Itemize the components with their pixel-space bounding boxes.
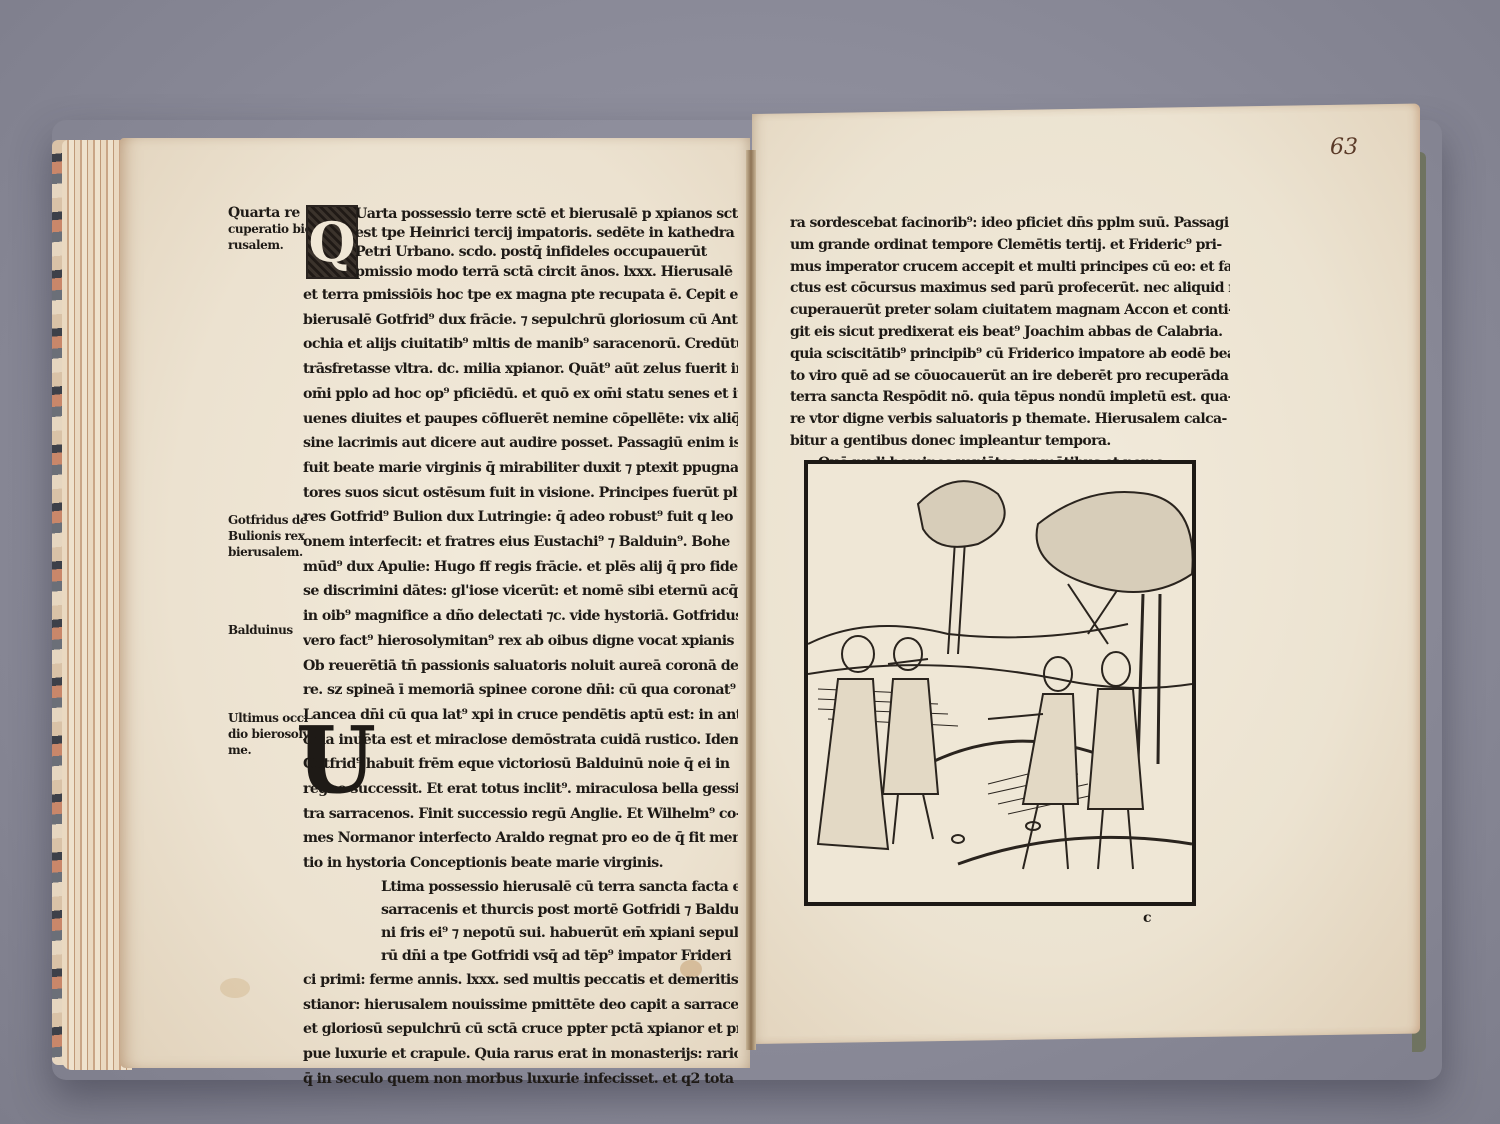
margin-note-3: Balduinus <box>228 622 293 638</box>
text-line: pmissio modo terrā sctā circit ānos. lxx… <box>303 262 738 283</box>
text-line: trāsfretasse vltra. dc. milia xpianor. Q… <box>303 357 738 382</box>
text-line: q̄ in seculo quem non morbus luxurie inf… <box>303 1067 738 1092</box>
text-line: bitur a gentibus donec impleantur tempor… <box>790 431 1230 453</box>
text-line: mus imperator crucem accepit et multi pr… <box>790 257 1230 279</box>
text-line: tores suos sicut ostēsum fuit in visione… <box>303 481 738 506</box>
text-line: onem interfecit: et fratres eius Eustach… <box>303 530 738 555</box>
text-line: om̄i pplo ad hoc op⁹ pficiēdū. et quō ex… <box>303 382 738 407</box>
text-line: res Gotfrid⁹ Bulion dux Lutringie: q̄ ad… <box>303 505 738 530</box>
text-line: vero fact⁹ hierosolymitan⁹ rex ab oibus … <box>303 629 738 654</box>
margin-note-line: bierusalem. <box>228 544 307 560</box>
text-line: pue luxurie et crapule. Quia rarus erat … <box>303 1042 738 1067</box>
text-line: et terra pmissiōis hoc tpe ex magna pte … <box>303 283 738 308</box>
left-page-body: Uarta possessio terre sctē et bierusalē … <box>303 205 738 1091</box>
text-line: tio in hystoria Conceptionis beate marie… <box>303 851 738 876</box>
text-line: re vtor digne verbis saluatoris p themat… <box>790 409 1230 431</box>
text-line: fuit beate marie virginis q̄ mirabiliter… <box>303 456 738 481</box>
text-line: est tpe Heinrici tercij impatoris. sedēt… <box>303 224 738 243</box>
text-line: ra sordescebat facinorib⁹: ideo pficiet … <box>790 213 1230 235</box>
margin-note-2: Gotfridus de Bulionis rex bierusalem. <box>228 512 307 560</box>
text-line: mūd⁹ dux Apulie: Hugo ff regis frācie. e… <box>303 555 738 580</box>
text-line: Uarta possessio terre sctē et bierusalē … <box>303 205 738 224</box>
margin-note-line: Gotfridus de <box>228 512 307 528</box>
text-line: Ob reuerētiā tn̄ passionis saluatoris no… <box>303 654 738 679</box>
right-page-body: ra sordescebat facinorib⁹: ideo pficiet … <box>790 213 1230 496</box>
woodcut-scene-icon <box>808 464 1192 902</box>
margin-note-line: cuperatio bie <box>228 221 312 237</box>
margin-note-line: rusalem. <box>228 237 312 253</box>
text-line: ctus est cōcursus maximus sed parū profe… <box>790 278 1230 300</box>
text-line: Ltima possessio hierusalē cū terra sanct… <box>303 876 738 899</box>
woodcut-illustration <box>804 460 1196 906</box>
margin-note-line: Bulionis rex <box>228 528 307 544</box>
text-line: sine lacrimis aut dicere aut audire poss… <box>303 431 738 456</box>
text-line: et gloriosū sepulchrū cū sctā cruce ppte… <box>303 1017 738 1042</box>
text-line: git eis sicut predixerat eis beat⁹ Joach… <box>790 322 1230 344</box>
margin-note-1: Quarta re cuperatio bie rusalem. <box>228 205 312 253</box>
text-line: mes Normanor interfecto Araldo regnat pr… <box>303 826 738 851</box>
text-line: Lancea dn̄i cū qua lat⁹ xpi in cruce pen… <box>303 703 738 728</box>
text-line: um grande ordinat tempore Clemētis terti… <box>790 235 1230 257</box>
text-line: se discrimini dātes: gl'iose vicerūt: et… <box>303 579 738 604</box>
text-line: uenes diuites et paupes cōfluerēt nemine… <box>303 407 738 432</box>
text-line: sarracenis et thurcis post mortē Gotfrid… <box>303 899 738 922</box>
margin-note-line: Balduinus <box>228 622 293 638</box>
text-line: ni fris ei⁹ ⁊ nepotū sui. habuerūt em̄ x… <box>303 922 738 945</box>
text-line: to viro quē ad se cōuocauerūt an ire deb… <box>790 366 1230 388</box>
text-line: bierusalē Gotfrid⁹ dux frācie. ⁊ sepulch… <box>303 308 738 333</box>
text-line: in oib⁹ magnifice a dño delectati ⁊c. vi… <box>303 604 738 629</box>
margin-note-line: Quarta re <box>228 205 312 221</box>
signature-mark: c <box>1143 910 1152 926</box>
text-line: tra sarracenos. Finit successio regū Ang… <box>303 802 738 827</box>
text-line: chia inuēta est et miraclose demōstrata … <box>303 728 738 753</box>
text-line: Gotfrid⁹ habuit frēm eque victoriosū Bal… <box>303 752 738 777</box>
text-line: regno successit. Et erat totus inclit⁹. … <box>303 777 738 802</box>
text-line: rū dn̄i a tpe Gotfridi vsq̄ ad tēp⁹ impa… <box>303 945 738 968</box>
foxing-stain <box>220 978 250 998</box>
book-gutter <box>746 150 756 1050</box>
text-line: stianor: hierusalem nouissime pmittēte d… <box>303 993 738 1018</box>
text-line: quia sciscitātib⁹ principib⁹ cū Frideric… <box>790 344 1230 366</box>
text-line: re. sz spineā ī memoriā spinee corone dn… <box>303 678 738 703</box>
text-line: terra sancta Respōdit nō. quia tēpus non… <box>790 387 1230 409</box>
folio-number: 63 <box>1330 135 1358 160</box>
text-line: ochia et alijs ciuitatib⁹ mltis de manib… <box>303 332 738 357</box>
text-line: Petri Urbano. scdo. postq̄ infideles occ… <box>303 243 738 262</box>
text-line: cuperauerūt preter solam ciuitatem magna… <box>790 300 1230 322</box>
text-line: ci primi: ferme annis. lxxx. sed multis … <box>303 968 738 993</box>
